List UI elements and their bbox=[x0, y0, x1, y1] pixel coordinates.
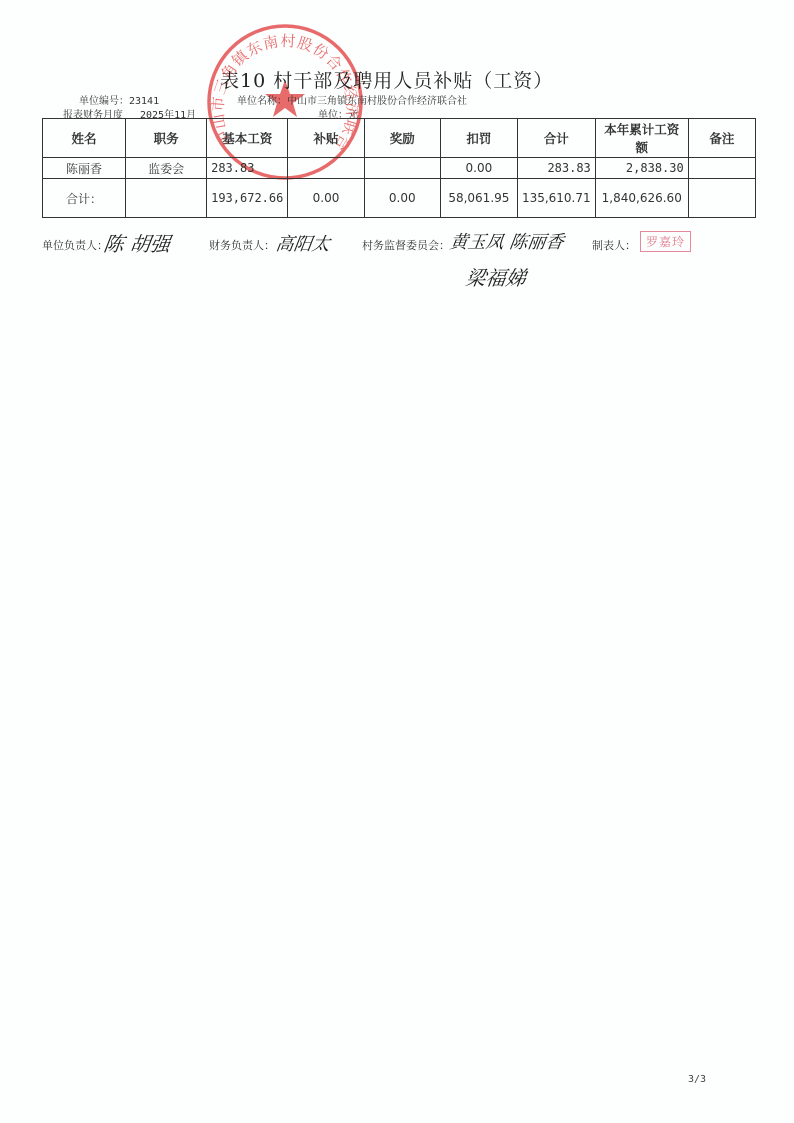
totals-total: 135,610.71 bbox=[517, 179, 595, 218]
totals-row: 合计： 193,672.66 0.00 0.00 58,061.95 135,6… bbox=[43, 179, 756, 218]
col-header: 合计 bbox=[517, 119, 595, 158]
supervision-signature-2: 梁福娣 bbox=[464, 262, 528, 291]
finance-head-signature: 高阳太 bbox=[274, 230, 332, 256]
totals-note bbox=[688, 179, 755, 218]
col-header: 备注 bbox=[688, 119, 755, 158]
col-header: 奖励 bbox=[364, 119, 440, 158]
unit-code: 单位编号：23141 bbox=[79, 92, 159, 107]
cell-bonus bbox=[364, 158, 440, 179]
cell-base: 283.83 bbox=[207, 158, 288, 179]
cell-position: 监委会 bbox=[126, 158, 207, 179]
col-header: 职务 bbox=[126, 119, 207, 158]
supervision-label: 村务监督委员会： bbox=[362, 237, 450, 253]
preparer-label: 制表人： bbox=[592, 237, 636, 253]
col-header: 姓名 bbox=[43, 119, 126, 158]
unit-head-signature: 陈 胡强 bbox=[102, 228, 172, 257]
preparer-stamp: 罗嘉玲 bbox=[640, 231, 691, 252]
cell-ytd: 2,838.30 bbox=[595, 158, 688, 179]
totals-base: 193,672.66 bbox=[207, 179, 288, 218]
cell-name: 陈丽香 bbox=[43, 158, 126, 179]
unit-head-label: 单位负责人： bbox=[42, 237, 108, 253]
salary-table: 姓名 职务 基本工资 补贴 奖励 扣罚 合计 本年累计工资额 备注 陈丽香 监委… bbox=[42, 118, 756, 218]
cell-total: 283.83 bbox=[517, 158, 595, 179]
totals-ytd: 1,840,626.60 bbox=[595, 179, 688, 218]
totals-position bbox=[126, 179, 207, 218]
cell-subsidy bbox=[288, 158, 364, 179]
page-title: 表10 村干部及聘用人员补贴（工资） bbox=[220, 66, 553, 93]
table-header-row: 姓名 职务 基本工资 补贴 奖励 扣罚 合计 本年累计工资额 备注 bbox=[43, 119, 756, 158]
totals-subsidy: 0.00 bbox=[288, 179, 364, 218]
table-row: 陈丽香 监委会 283.83 0.00 283.83 2,838.30 bbox=[43, 158, 756, 179]
totals-label: 合计： bbox=[43, 179, 126, 218]
totals-deduction: 58,061.95 bbox=[440, 179, 517, 218]
col-header: 扣罚 bbox=[440, 119, 517, 158]
col-header: 基本工资 bbox=[207, 119, 288, 158]
cell-deduction: 0.00 bbox=[440, 158, 517, 179]
finance-head-label: 财务负责人： bbox=[209, 237, 275, 253]
col-header: 本年累计工资额 bbox=[595, 119, 688, 158]
col-header: 补贴 bbox=[288, 119, 364, 158]
page-number: 3/3 bbox=[688, 1074, 706, 1085]
unit-name: 单位名称：中山市三角镇东南村股份合作经济联合社 bbox=[237, 92, 467, 107]
cell-note bbox=[688, 158, 755, 179]
supervision-signature-1: 黄玉凤 陈丽香 bbox=[448, 228, 565, 254]
totals-bonus: 0.00 bbox=[364, 179, 440, 218]
